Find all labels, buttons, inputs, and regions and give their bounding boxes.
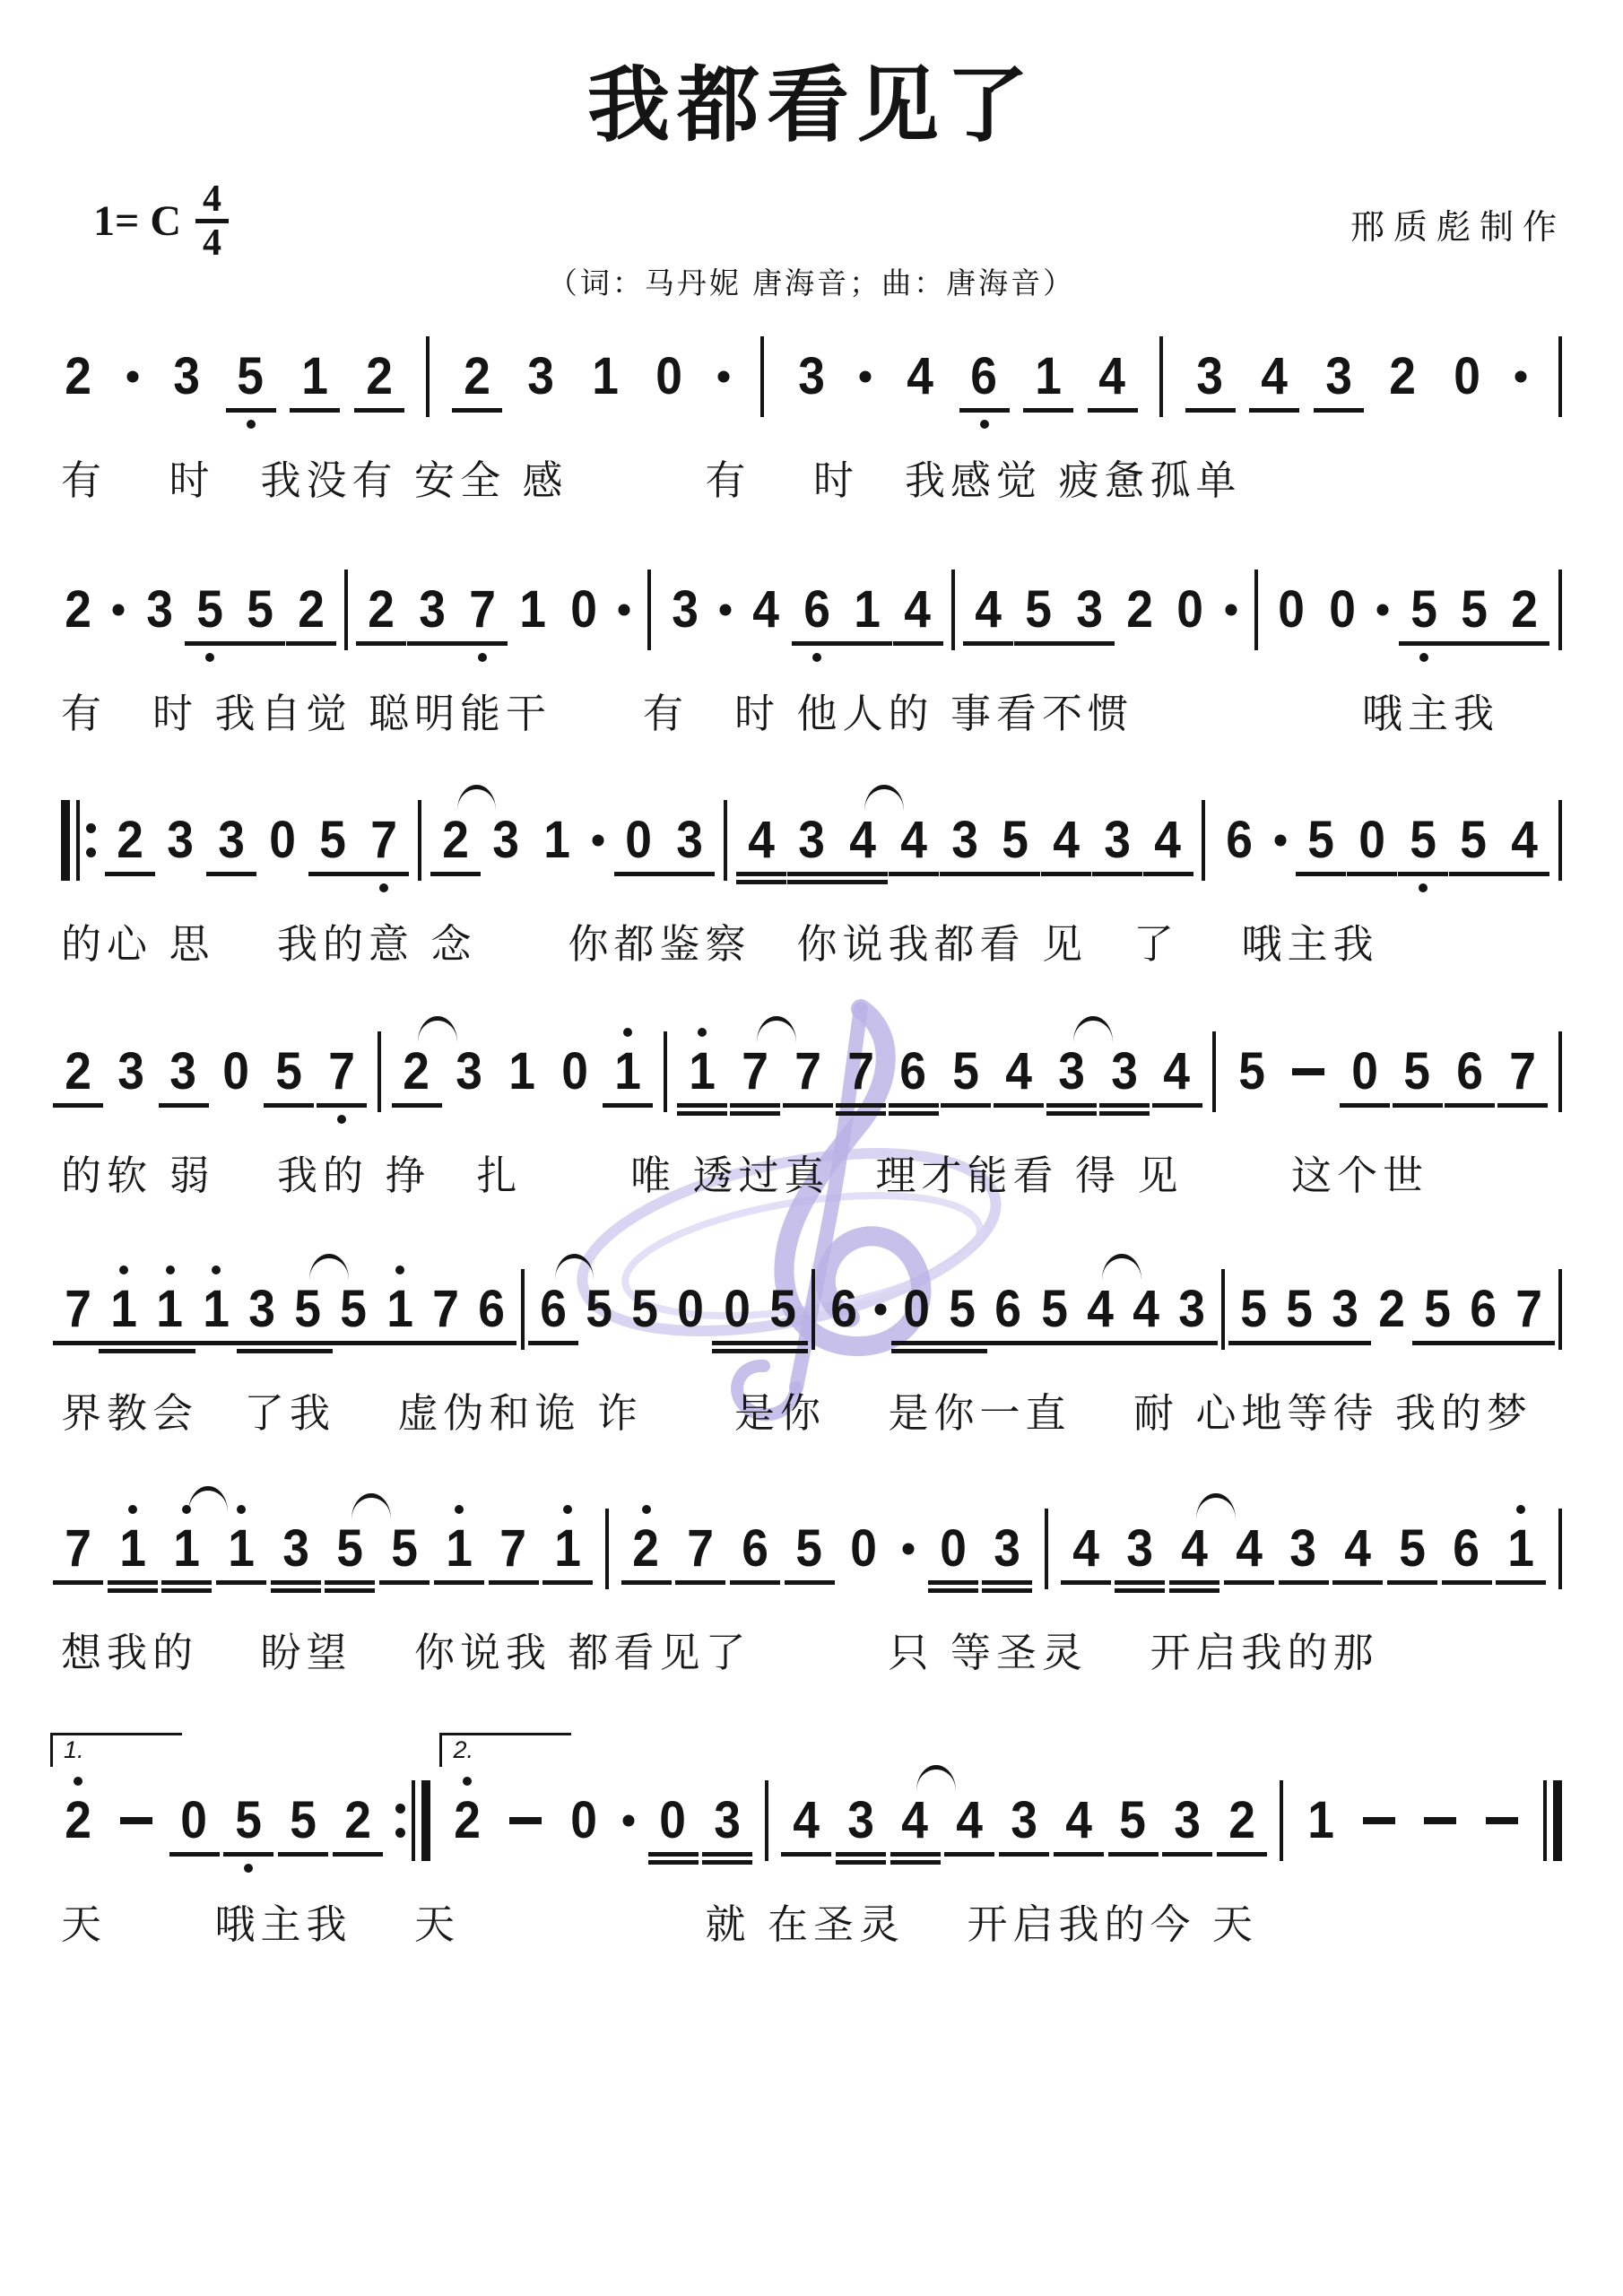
note-digit: 5 bbox=[294, 1281, 321, 1338]
note-digit: 3 bbox=[146, 581, 173, 639]
barline bbox=[765, 1780, 768, 1861]
note-token: 3 bbox=[245, 1281, 279, 1338]
note-digit: 5 bbox=[337, 1520, 364, 1578]
note-digit: 3 bbox=[117, 1043, 144, 1100]
note-token: 5 bbox=[291, 1281, 325, 1338]
note-token: 5 bbox=[998, 812, 1032, 869]
slur-arc bbox=[916, 1765, 956, 1791]
note-digit: 2 bbox=[1389, 348, 1416, 405]
note-token: 0 bbox=[1450, 348, 1484, 405]
note-token: 3 bbox=[844, 1792, 878, 1849]
note-token: 3 bbox=[167, 1043, 201, 1100]
note-digit: 2 bbox=[442, 812, 469, 869]
slur-arc bbox=[457, 785, 497, 811]
note-digit: 3 bbox=[1325, 348, 1352, 405]
note-token: 21. bbox=[61, 1792, 95, 1849]
note-token: 6 bbox=[1450, 1520, 1484, 1578]
note-digit: 2 bbox=[369, 581, 395, 639]
augmentation-dot bbox=[617, 581, 631, 639]
sheet-music-page: 我都看见了 1= C 4 4 邢质彪制作 （词：马丹妮 唐海音；曲：唐海音） 2… bbox=[0, 0, 1623, 2296]
octave-up-dot bbox=[455, 1505, 464, 1514]
note-token: 5 bbox=[1037, 1281, 1072, 1338]
note-token: 4 bbox=[1002, 1043, 1036, 1100]
note-token: 0 bbox=[558, 1043, 592, 1100]
note-digit: 3 bbox=[994, 1520, 1021, 1578]
octave-up-dot bbox=[212, 1265, 221, 1274]
octave-up-dot bbox=[74, 1777, 82, 1786]
note-digit: 1 bbox=[592, 348, 619, 405]
note-digit: 4 bbox=[1511, 812, 1538, 869]
barline bbox=[521, 1269, 525, 1350]
barline bbox=[951, 570, 955, 650]
notes-row: 23305723101177765433450567 bbox=[61, 1013, 1562, 1130]
barline bbox=[1221, 1269, 1225, 1350]
note-digit: 3 bbox=[799, 812, 826, 869]
note-token: 3 bbox=[143, 581, 177, 639]
note-digit: 5 bbox=[320, 812, 347, 869]
note-token: 0 bbox=[656, 1792, 690, 1849]
note-digit: 3 bbox=[1111, 1043, 1138, 1100]
note-digit: 3 bbox=[218, 812, 245, 869]
note-token: 4 bbox=[901, 581, 935, 639]
note-digit: 4 bbox=[900, 812, 927, 869]
note-token: 5 bbox=[1235, 1043, 1269, 1100]
note-token: 5 bbox=[1407, 581, 1441, 639]
octave-up-dot bbox=[698, 1028, 707, 1037]
octave-up-dot bbox=[1516, 1505, 1525, 1514]
note-digit: 0 bbox=[1454, 348, 1480, 405]
note-token: 2 bbox=[629, 1520, 664, 1578]
note-digit: 2 bbox=[1228, 1792, 1255, 1849]
note-token: 0 bbox=[567, 1792, 601, 1849]
note-digit: 5 bbox=[1308, 812, 1335, 869]
note-digit: 3 bbox=[173, 348, 200, 405]
note-digit: 7 bbox=[370, 812, 397, 869]
note-token: 5 bbox=[1116, 1792, 1150, 1849]
slur-arc bbox=[555, 1254, 595, 1280]
note-token: 5 bbox=[193, 581, 227, 639]
augmentation-dot bbox=[111, 581, 126, 639]
note-digit: 5 bbox=[1410, 812, 1436, 869]
note-digit: 5 bbox=[238, 348, 265, 405]
octave-up-dot bbox=[395, 1265, 404, 1274]
octave-down-dot bbox=[812, 653, 821, 662]
note-token: 4 bbox=[1257, 348, 1291, 405]
barline bbox=[1254, 570, 1258, 650]
repeat-dots bbox=[86, 823, 96, 857]
note-token: 4 bbox=[1069, 1520, 1103, 1578]
note-token: 1 bbox=[1504, 1520, 1538, 1578]
note-token: 3 bbox=[1329, 1281, 1363, 1338]
note-token: 1 bbox=[442, 1520, 476, 1578]
note-digit: 3 bbox=[170, 1043, 197, 1100]
note-token: 3 bbox=[710, 1792, 744, 1849]
note-token: 4 bbox=[1507, 812, 1541, 869]
notes-row: 2355223710346144532000552 bbox=[61, 552, 1562, 668]
note-digit: 6 bbox=[971, 348, 998, 405]
note-digit: 2 bbox=[117, 812, 143, 869]
note-token: 5 bbox=[387, 1520, 421, 1578]
note-token: 4 bbox=[789, 1792, 823, 1849]
note-token: 7 bbox=[325, 1043, 359, 1100]
note-digit: 0 bbox=[1358, 812, 1385, 869]
note-token: 0 bbox=[1275, 581, 1309, 639]
note-token: 0 bbox=[936, 1520, 970, 1578]
note-token: 7 bbox=[1513, 1281, 1547, 1338]
thick-bar bbox=[421, 1780, 430, 1861]
note-digit: 5 bbox=[1410, 581, 1437, 639]
note-token: 2 bbox=[113, 812, 147, 869]
octave-down-dot bbox=[247, 420, 256, 429]
note-token: 6 bbox=[1466, 1281, 1500, 1338]
note-token: 0 bbox=[178, 1792, 212, 1849]
note-digit: 6 bbox=[1454, 1520, 1480, 1578]
augmentation-dot bbox=[1224, 581, 1238, 639]
note-digit: 6 bbox=[478, 1281, 505, 1338]
note-digit: 5 bbox=[1120, 1792, 1147, 1849]
lyrics-row: 天 哦主我 天 就 在圣灵 开启我的今 天 bbox=[61, 1892, 1562, 1950]
note-token: 2 bbox=[1375, 1281, 1409, 1338]
note-digit: 5 bbox=[1461, 812, 1488, 869]
note-token: 2 bbox=[61, 1043, 95, 1100]
note-token: 0 bbox=[846, 1520, 881, 1578]
note-digit: 1 bbox=[174, 1520, 201, 1578]
lyrics-row: 的软 弱 我的 挣 扎 唯 透过真 理才能看 得 见 这个世 bbox=[61, 1143, 1562, 1201]
note-token: 3 bbox=[1176, 1281, 1210, 1338]
note-digit: 0 bbox=[655, 348, 682, 405]
note-token: 5 bbox=[1457, 812, 1491, 869]
barline bbox=[1202, 800, 1205, 881]
slur-arc bbox=[1073, 1016, 1113, 1042]
note-digit: 2 bbox=[65, 348, 91, 405]
note-token: 3 bbox=[794, 348, 829, 405]
note-digit: 1 bbox=[614, 1043, 641, 1100]
note-digit: 7 bbox=[1516, 1281, 1543, 1338]
note-token: 4 bbox=[897, 812, 931, 869]
note-digit: 0 bbox=[850, 1520, 877, 1578]
note-digit: 6 bbox=[995, 1281, 1022, 1338]
note-digit: 6 bbox=[1456, 1043, 1483, 1100]
note-token: 0 bbox=[720, 1281, 754, 1338]
note-digit: 0 bbox=[1329, 581, 1356, 639]
note-digit: 4 bbox=[907, 348, 933, 405]
note-digit: 7 bbox=[65, 1281, 91, 1338]
note-token: 4 bbox=[1151, 812, 1185, 869]
note-digit: 3 bbox=[1290, 1520, 1317, 1578]
note-digit: 3 bbox=[847, 1792, 874, 1849]
note-token: 5 bbox=[628, 1281, 662, 1338]
note-digit: 5 bbox=[949, 1281, 976, 1338]
note-token: 3 bbox=[1055, 1043, 1089, 1100]
augmentation-dot bbox=[621, 1792, 636, 1849]
note-digit: 0 bbox=[626, 812, 653, 869]
octave-up-dot bbox=[237, 1505, 246, 1514]
lyrics-row: 界教会 了我 虚伪和诡 诈 是你 是你一直 耐 心地等待 我的梦 bbox=[61, 1380, 1562, 1439]
song-title: 我都看见了 bbox=[0, 39, 1623, 158]
note-token: 2 bbox=[364, 581, 398, 639]
note-digit: 3 bbox=[456, 1043, 483, 1100]
note-digit: 4 bbox=[793, 1792, 820, 1849]
note-token: 1 bbox=[505, 1043, 539, 1100]
note-token: 5 bbox=[337, 1281, 371, 1338]
duration-dash bbox=[1481, 1792, 1523, 1849]
note-token: 3 bbox=[1287, 1520, 1321, 1578]
note-digit: 1 bbox=[301, 348, 328, 405]
note-token: 4 bbox=[1177, 1520, 1211, 1578]
notes-row: 21.055222.0034344345321 bbox=[61, 1762, 1562, 1879]
notes-row: 7111355176655005605654435532567 bbox=[61, 1251, 1562, 1368]
note-token: 3 bbox=[1170, 1792, 1204, 1849]
repeat-dot bbox=[395, 1828, 405, 1838]
barline bbox=[1280, 1780, 1283, 1861]
note-digit: 4 bbox=[975, 581, 1002, 639]
note-digit: 5 bbox=[1404, 1043, 1431, 1100]
note-digit: 0 bbox=[1279, 581, 1306, 639]
barline bbox=[1212, 1031, 1216, 1112]
note-token: 3 bbox=[1072, 581, 1107, 639]
note-token: 4 bbox=[750, 581, 784, 639]
note-digit: 3 bbox=[1011, 1792, 1037, 1849]
notation-line-5: 7111355176655005605654435532567 界教会 了我 虚… bbox=[61, 1251, 1562, 1439]
note-token: 0 bbox=[219, 1043, 253, 1100]
note-digit: 7 bbox=[1509, 1043, 1536, 1100]
octave-up-dot bbox=[463, 1777, 472, 1786]
note-token: 7 bbox=[683, 1520, 717, 1578]
note-token: 5 bbox=[949, 1043, 983, 1100]
thin-bar bbox=[76, 800, 80, 881]
note-token: 3 bbox=[524, 348, 558, 405]
note-token: 6 bbox=[536, 1281, 570, 1338]
note-digit: 4 bbox=[1155, 812, 1182, 869]
note-token: 5 bbox=[317, 812, 351, 869]
note-digit: 3 bbox=[248, 1281, 275, 1338]
duration-dash bbox=[1358, 1792, 1400, 1849]
slur-arc bbox=[309, 1254, 349, 1280]
note-token: 6 bbox=[1222, 812, 1256, 869]
note-digit: 4 bbox=[1053, 812, 1080, 869]
note-digit: 4 bbox=[902, 1792, 929, 1849]
barline bbox=[1558, 800, 1562, 881]
note-digit: 7 bbox=[742, 1043, 768, 1100]
augmentation-dot bbox=[1273, 812, 1288, 869]
note-digit: 0 bbox=[223, 1043, 250, 1100]
note-token: 5 bbox=[1237, 1281, 1271, 1338]
augmentation-dot bbox=[716, 348, 731, 405]
octave-down-dot bbox=[244, 1864, 253, 1873]
augmentation-dot bbox=[591, 812, 605, 869]
thin-bar bbox=[1543, 1780, 1547, 1861]
note-digit: 4 bbox=[1099, 348, 1126, 405]
note-digit: 5 bbox=[1461, 581, 1488, 639]
note-token: 5 bbox=[1022, 581, 1056, 639]
note-token: 0 bbox=[652, 348, 686, 405]
note-digit: 4 bbox=[1065, 1792, 1092, 1849]
note-token: 3 bbox=[990, 1520, 1024, 1578]
note-token: 4 bbox=[1232, 1520, 1266, 1578]
note-token: 1 bbox=[685, 1043, 719, 1100]
note-digit: 5 bbox=[769, 1281, 796, 1338]
note-digit: 0 bbox=[940, 1520, 967, 1578]
notation-line-1: 2351223103461434320 有 时 我没有 安全 感 有 时 我感觉… bbox=[61, 318, 1562, 506]
note-digit: 5 bbox=[391, 1520, 418, 1578]
note-token: 6 bbox=[1453, 1043, 1487, 1100]
note-token: 5 bbox=[231, 1792, 265, 1849]
octave-up-dot bbox=[119, 1265, 128, 1274]
note-digit: 7 bbox=[432, 1281, 459, 1338]
octave-up-dot bbox=[563, 1505, 572, 1514]
note-token: 4 bbox=[1049, 812, 1083, 869]
note-token: 1 bbox=[1031, 348, 1065, 405]
augmentation-dot bbox=[126, 348, 140, 405]
note-digit: 2 bbox=[404, 1043, 430, 1100]
note-digit: 2 bbox=[1511, 581, 1538, 639]
note-digit: 3 bbox=[419, 581, 446, 639]
lyrics-row: 的心 思 我的意 念 你都鉴察 你说我都看 见 了 哦主我 bbox=[61, 911, 1562, 970]
note-digit: 2 bbox=[344, 1792, 371, 1849]
lyrics-row: 有 时 我没有 安全 感 有 时 我感觉 疲惫孤单 bbox=[61, 448, 1562, 506]
note-digit: 1 bbox=[157, 1281, 184, 1338]
note-digit: 3 bbox=[951, 812, 978, 869]
slur-arc bbox=[864, 785, 904, 811]
octave-down-dot bbox=[980, 420, 989, 429]
note-digit: 4 bbox=[956, 1792, 983, 1849]
note-digit: 3 bbox=[672, 581, 699, 639]
note-token: 5 bbox=[1395, 1520, 1429, 1578]
note-token: 5 bbox=[945, 1281, 979, 1338]
octave-down-dot bbox=[1419, 883, 1428, 892]
note-digit: 3 bbox=[1197, 348, 1224, 405]
note-digit: 1 bbox=[554, 1520, 581, 1578]
note-digit: 2 bbox=[1378, 1281, 1405, 1338]
note-digit: 4 bbox=[1164, 1043, 1191, 1100]
note-token: 3 bbox=[1322, 348, 1356, 405]
note-token: 3 bbox=[114, 1043, 148, 1100]
note-digit: 5 bbox=[952, 1043, 979, 1100]
note-digit: 5 bbox=[235, 1792, 262, 1849]
notes-row: 23305723103434435434650554 bbox=[61, 782, 1562, 899]
barline bbox=[1558, 336, 1562, 417]
note-digit: 0 bbox=[660, 1792, 687, 1849]
note-digit: 3 bbox=[798, 348, 825, 405]
time-signature: 4 4 bbox=[195, 179, 229, 263]
note-token: 7 bbox=[497, 1520, 531, 1578]
note-digit: 6 bbox=[831, 1281, 858, 1338]
notes-row: 71113551712765003434434561 bbox=[61, 1491, 1562, 1607]
note-token: 1 bbox=[850, 581, 884, 639]
note-digit: 4 bbox=[753, 581, 780, 639]
lyrics-row: 想我的 盼望 你说我 都看见了 只 等圣灵 开启我的那 bbox=[61, 1620, 1562, 1678]
note-token: 1 bbox=[540, 812, 574, 869]
note-digit: 6 bbox=[540, 1281, 567, 1338]
augmentation-dot bbox=[901, 1520, 916, 1578]
barline bbox=[378, 1031, 381, 1112]
note-token: 4 bbox=[1160, 1043, 1194, 1100]
arranger-credit: 邢质彪制作 bbox=[1350, 199, 1566, 248]
barline bbox=[1045, 1509, 1048, 1589]
note-digit: 0 bbox=[1177, 581, 1204, 639]
note-digit: 4 bbox=[1072, 1520, 1099, 1578]
note-digit: 7 bbox=[65, 1520, 91, 1578]
note-digit: 2 bbox=[65, 581, 91, 639]
note-token: 2 bbox=[460, 348, 494, 405]
note-digit: 3 bbox=[1332, 1281, 1359, 1338]
note-token: 0 bbox=[1355, 812, 1389, 869]
note-token: 7 bbox=[367, 812, 401, 869]
note-token: 1 bbox=[298, 348, 332, 405]
note-digit: 5 bbox=[1002, 812, 1029, 869]
note-token: 0 bbox=[1325, 581, 1359, 639]
note-token: 2 bbox=[1225, 1792, 1259, 1849]
note-digit: 4 bbox=[1344, 1520, 1371, 1578]
note-token: 4 bbox=[1096, 348, 1130, 405]
note-digit: 2 bbox=[65, 1043, 91, 1100]
note-token: 7 bbox=[791, 1043, 825, 1100]
note-digit: 5 bbox=[631, 1281, 658, 1338]
note-token: 2 bbox=[61, 348, 95, 405]
note-token: 7 bbox=[61, 1520, 95, 1578]
barline bbox=[811, 1269, 815, 1350]
note-token: 7 bbox=[844, 1043, 878, 1100]
octave-up-dot bbox=[128, 1505, 137, 1514]
note-token: 5 bbox=[286, 1792, 320, 1849]
note-digit: 5 bbox=[341, 1281, 368, 1338]
note-token: 5 bbox=[1406, 812, 1440, 869]
duration-dash bbox=[116, 1792, 157, 1849]
barline bbox=[426, 336, 430, 417]
barline bbox=[664, 1031, 667, 1112]
repeat-dot bbox=[86, 848, 96, 857]
note-digit: 3 bbox=[527, 348, 554, 405]
note-token: 5 bbox=[793, 1520, 827, 1578]
note-token: 7 bbox=[1506, 1043, 1540, 1100]
note-digit: 3 bbox=[715, 1792, 742, 1849]
duration-dash bbox=[505, 1792, 546, 1849]
note-token: 1 bbox=[516, 581, 550, 639]
note-token: 3 bbox=[415, 581, 449, 639]
note-digit: 7 bbox=[469, 581, 496, 639]
note-token: 5 bbox=[272, 1043, 306, 1100]
notation-line-2: 2355223710346144532000552 有 时 我自觉 聪明能干 有… bbox=[61, 552, 1562, 739]
note-digit: 5 bbox=[275, 1043, 302, 1100]
note-digit: 5 bbox=[247, 581, 274, 639]
note-token: 5 bbox=[1401, 1043, 1435, 1100]
octave-down-dot bbox=[205, 653, 214, 662]
note-digit: 1 bbox=[1307, 1792, 1334, 1849]
note-token: 1 bbox=[551, 1520, 585, 1578]
lyricist-composer-line: （词：马丹妮 唐海音；曲：唐海音） bbox=[0, 260, 1623, 302]
note-digit: 0 bbox=[269, 812, 296, 869]
note-token: 3 bbox=[163, 812, 197, 869]
note-digit: 3 bbox=[168, 812, 195, 869]
note-token: 5 bbox=[234, 348, 268, 405]
note-token: 2 bbox=[1507, 581, 1541, 639]
note-token: 6 bbox=[992, 1281, 1026, 1338]
octave-up-dot bbox=[166, 1265, 175, 1274]
note-digit: 4 bbox=[905, 581, 932, 639]
note-digit: 4 bbox=[849, 812, 876, 869]
barline bbox=[605, 1509, 609, 1589]
note-digit: 3 bbox=[282, 1520, 309, 1578]
note-token: 6 bbox=[968, 348, 1002, 405]
barline bbox=[724, 800, 727, 881]
lyrics-row: 有 时 我自觉 聪明能干 有 时 他人的 事看不惯 哦主我 bbox=[61, 681, 1562, 739]
augmentation-dot bbox=[1376, 581, 1390, 639]
note-digit: 1 bbox=[119, 1520, 146, 1578]
note-token: 0 bbox=[265, 812, 299, 869]
note-token: 5 bbox=[1420, 1281, 1454, 1338]
note-digit: 5 bbox=[796, 1520, 823, 1578]
begin-repeat-barline bbox=[61, 800, 96, 881]
